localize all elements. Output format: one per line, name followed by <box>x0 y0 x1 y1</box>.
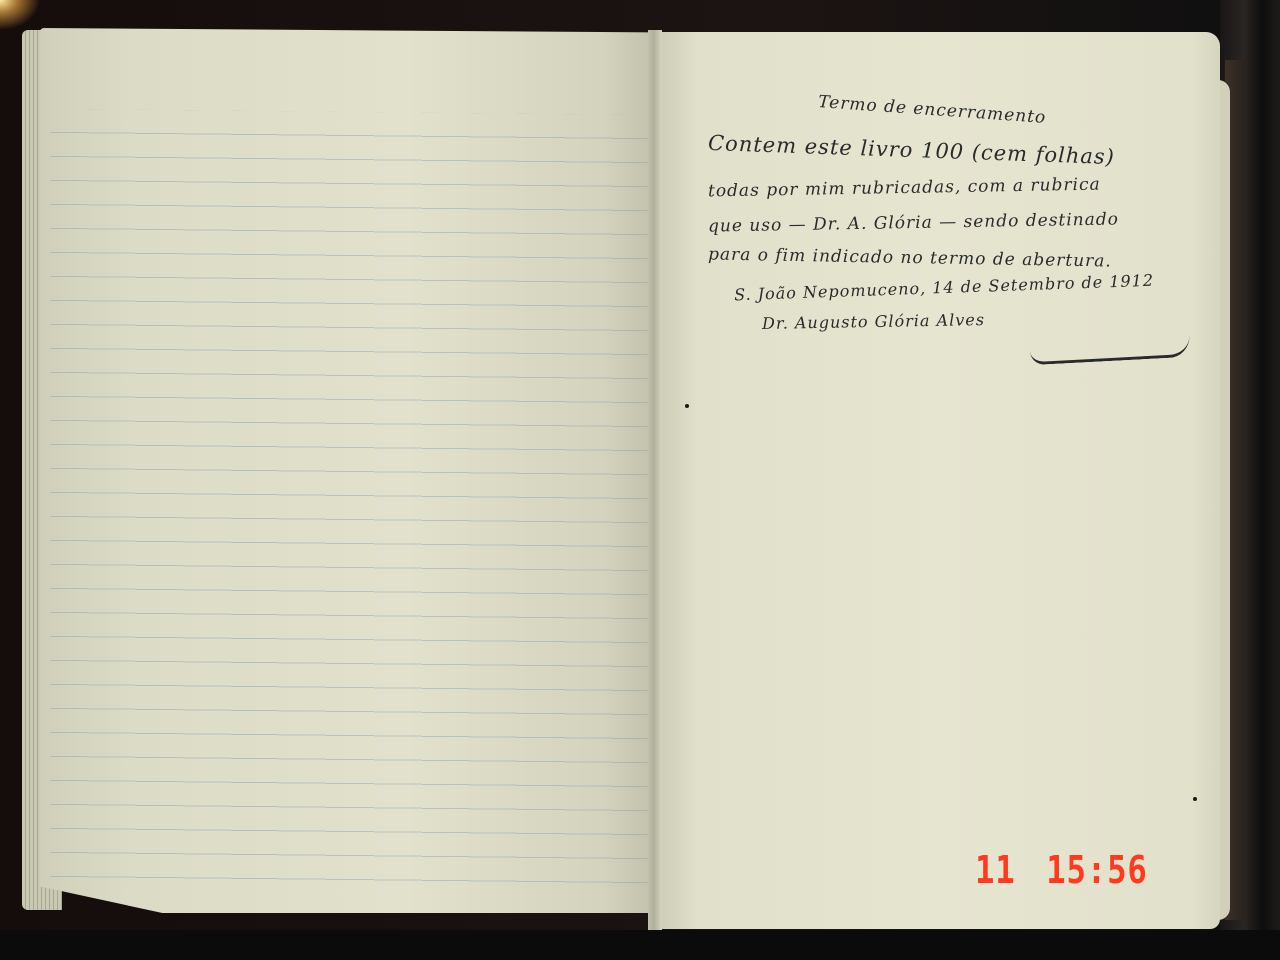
timestamp-day: 11 <box>975 848 1016 892</box>
timestamp-time: 15:56 <box>1046 848 1147 892</box>
ink-dot <box>1193 797 1197 801</box>
book-gutter <box>648 30 662 930</box>
handwriting-signature: Dr. Augusto Glória Alves <box>762 310 985 333</box>
right-page <box>652 32 1220 929</box>
ink-dot <box>685 404 689 408</box>
bottom-shadow <box>0 930 1280 960</box>
camera-timestamp: 1115:56 <box>975 848 1148 892</box>
left-page-ruled-lines <box>50 109 650 895</box>
